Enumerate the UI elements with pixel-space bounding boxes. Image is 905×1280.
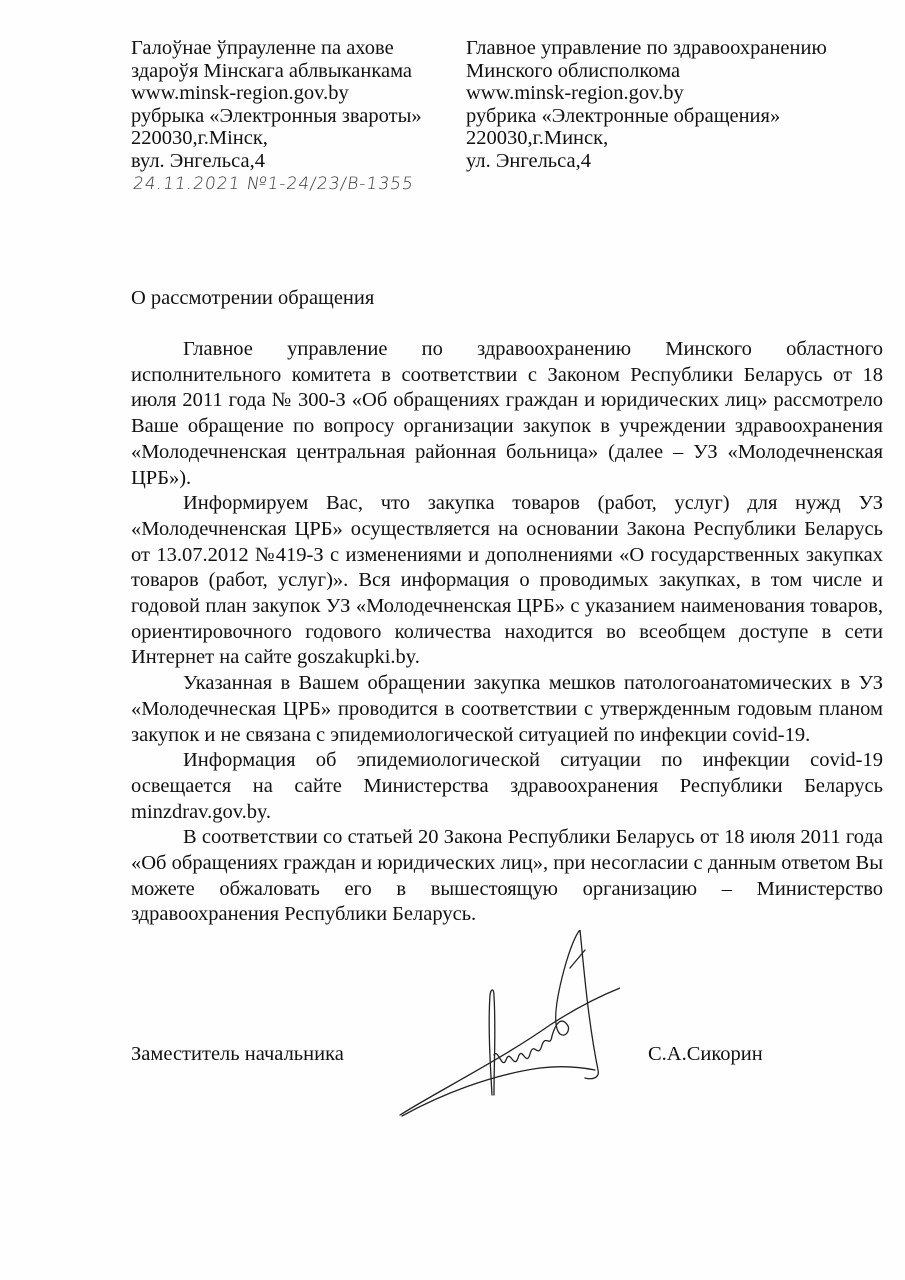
body-paragraph: Главное управление по здравоохранению Ми… [131, 337, 883, 491]
letterhead-line: рубрыка «Электронныя звароты» [131, 105, 422, 128]
letterhead-belarusian: Галоўнае ўпрауленне па ахове здароўя Мін… [131, 37, 422, 172]
body-paragraph: Информация об эпидемиологической ситуаци… [131, 748, 883, 825]
letterhead-line: Минского облисполкома [466, 60, 827, 83]
letterhead-line: Главное управление по здравоохранению [466, 37, 827, 60]
signer-title: Заместитель начальника [131, 1042, 344, 1066]
body-paragraph: Указанная в Вашем обращении закупка мешк… [131, 671, 883, 748]
letterhead-line: 220030,г.Мінск, [131, 127, 422, 150]
body-paragraph: Информируем Вас, что закупка товаров (ра… [131, 491, 883, 671]
handwritten-date-reference: 24.11.2021 №1-24/23/В-1355 [132, 174, 416, 194]
letterhead-line: вул. Энгельса,4 [131, 150, 422, 173]
letterhead-russian: Главное управление по здравоохранению Ми… [466, 37, 827, 172]
letter-page: Галоўнае ўпрауленне па ахове здароўя Мін… [0, 0, 905, 1280]
letter-subject: О рассмотрении обращения [131, 286, 374, 310]
signer-name: С.А.Сикорин [648, 1042, 763, 1066]
letter-body: Главное управление по здравоохранению Ми… [131, 337, 883, 928]
letterhead-line: ул. Энгельса,4 [466, 150, 827, 173]
letterhead-line: www.minsk-region.gov.by [466, 82, 827, 105]
letterhead-line: 220030,г.Минск, [466, 127, 827, 150]
letterhead-line: www.minsk-region.gov.by [131, 82, 422, 105]
letterhead-line: рубрика «Электронные обращения» [466, 105, 827, 128]
handwritten-signature-icon [380, 930, 620, 1120]
letterhead-line: здароўя Мінскага аблвыканкама [131, 60, 422, 83]
body-paragraph: В соответствии со статьей 20 Закона Респ… [131, 825, 883, 928]
letterhead-line: Галоўнае ўпрауленне па ахове [131, 37, 422, 60]
